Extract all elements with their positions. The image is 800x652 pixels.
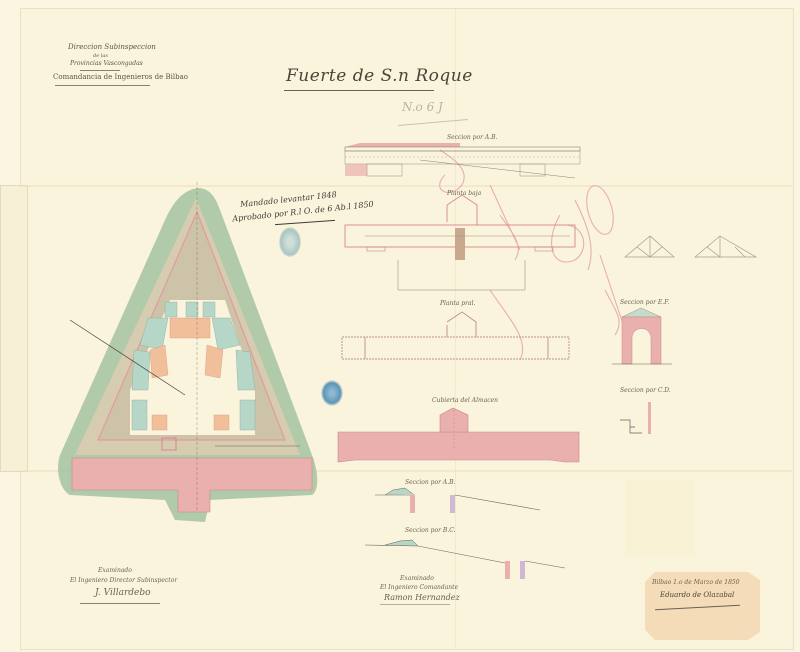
- label-section-ab-bottom: Seccion por A.B.: [405, 479, 455, 486]
- label-section-ef: Seccion por E.F.: [620, 299, 669, 306]
- paper-seal: [625, 480, 760, 640]
- scanned-sheet: Direccion Subinspeccion de las Provincia…: [0, 0, 800, 652]
- plan-main-floor: [342, 312, 569, 359]
- signature-center-line2: El Ingeniero Comandante: [380, 584, 458, 591]
- roof-plan: [338, 408, 579, 462]
- label-cubierta: Cubierta del Almacen: [432, 397, 498, 404]
- elevations-and-sections: [0, 0, 800, 652]
- section-ab-building: [345, 143, 580, 178]
- label-planta-principal: Planta pral.: [440, 300, 475, 307]
- label-planta-baja: Planta baja: [447, 190, 481, 197]
- label-section-cd: Seccion por C.D.: [620, 387, 671, 394]
- signature-center-line1: Examinado: [400, 575, 434, 582]
- plan-ground-floor: [345, 195, 575, 290]
- signature-right-date: Bilbao 1.o de Marzo de 1850: [652, 579, 740, 586]
- section-ab-profile: [375, 488, 540, 513]
- signature-left-flourish: [80, 603, 160, 604]
- label-section-bc: Seccion por B.C.: [405, 527, 456, 534]
- signature-center-name: Ramon Hernandez: [384, 593, 460, 602]
- label-section-ab-top: Seccion por A.B.: [447, 134, 497, 141]
- signature-left-line2: El Ingeniero Director Subinspector: [70, 577, 177, 584]
- signature-left-name: J. Villardebo: [95, 588, 151, 598]
- section-cd-detail: [620, 402, 651, 434]
- signature-left-line1: Examinado: [98, 567, 132, 574]
- signature-right-name: Eduardo de Olazabal: [660, 591, 734, 599]
- roof-trusses: [625, 236, 756, 257]
- section-bc-profile: [365, 540, 565, 579]
- signature-center-underline: [380, 604, 450, 605]
- section-ef-gate: [612, 308, 672, 364]
